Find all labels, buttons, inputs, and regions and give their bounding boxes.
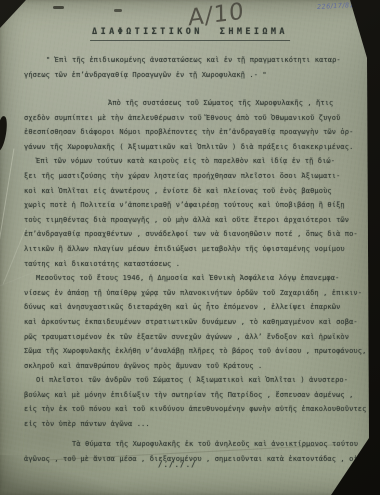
text-line: γάνων τῆς Χωροφυλακῆς ( Ἀξιωματικῶν καὶ …: [24, 140, 366, 155]
text-line: γήσεως τῶν ἐπ’ἀνδραγαθίᾳ Προαγωγῶν ἐν τῇ…: [24, 68, 366, 83]
text-line: Τὰ θύματα τῆς Χωροφυλακῆς ἐκ τοῦ ἀνηλεοῦ…: [24, 437, 366, 452]
paragraph-subject: " Ἐπὶ τῆς ἐπιδιωκομένης ἀναστατώσεως καὶ…: [24, 53, 366, 82]
text-line: βούλως καὶ μὲ μόνην ἐπιδίωξιν τὴν σωτηρί…: [24, 388, 366, 403]
text-line: τοὺς τιμηθέντας διὰ προαγωγῆς , οὐ μὴν ἀ…: [24, 213, 366, 228]
closing-mark: /./././: [158, 460, 197, 469]
paragraph-body: Ἀπὸ τῆς συστάσεως τοῦ Σώματος τῆς Χωροφυ…: [24, 96, 366, 432]
ink-mark: [114, 9, 122, 12]
paper-crease: [0, 149, 14, 243]
text-line: ταύτης καὶ δικαιοτάτης καταστάσεως .: [24, 257, 366, 272]
text-line: καὶ ἀρκούντως ἐκπαιδευμένων στρατιωτικῶν…: [24, 315, 366, 330]
text-line: ἐπ’ἀνδραγαθίᾳ προαχθέντων , συνάδελφοί τ…: [24, 227, 366, 242]
text-line: Ἀπὸ τῆς συστάσεως τοῦ Σώματος τῆς Χωροφυ…: [24, 96, 366, 111]
text-line: ρῶς τραυματισμένον ἐκ τῶν ἑξαετῶν συνεχῶ…: [24, 330, 366, 345]
text-line: σκληροῦ καὶ ἀπανθρώπου ἀγῶνος πρὸς ἄμυνα…: [24, 359, 366, 374]
document-title: ΔΙΑΦΩΤΙΣΤΙΚΟΝ ΣΗΜΕΙΩΜΑ: [90, 27, 290, 41]
paper-crease: [3, 228, 26, 284]
text-line: Μεσοῦντος τοῦ ἔτους 1946, ἡ Δημοσία καὶ …: [24, 271, 366, 286]
text-line: σχεδὸν συμπίπτει μὲ τὴν ἀπελευθέρωσιν το…: [24, 111, 366, 126]
scanned-document: Α/10 226/17/81 ΔΙΑΦΩΤΙΣΤΙΚΟΝ ΣΗΜΕΙΩΜΑ " …: [0, 0, 380, 495]
ink-mark: [53, 6, 64, 9]
text-line: νίσεως ἐν ἁπάσῃ τῇ ὑπαίθρῳ χώρᾳ τῶν πλαν…: [24, 286, 366, 301]
text-line: ξει τῆς μαστιζούσης τὴν χώραν ληστείας π…: [24, 169, 366, 184]
text-line: ἐθεσπίσθησαν διάφοροι Νόμοι προβλέποντες…: [24, 125, 366, 140]
text-line: χωρὶς ποτὲ ἡ Πολιτεία ν’ἀποπειραθῇ ν’ἀφα…: [24, 198, 366, 213]
text-line: " Ἐπὶ τῆς ἐπιδιωκομένης ἀναστατώσεως καὶ…: [24, 53, 366, 68]
text-line: Σῶμα τῆς Χωροφυλακῆς ἐκλήθη ν’ἀναλάβῃ πλ…: [24, 344, 366, 359]
text-line: δύνως καὶ ἀνησυχαστικῶς διεταράχθη καὶ ὡ…: [24, 300, 366, 315]
text-line: κοὶ καὶ Ὁπλῖται εἰς ἀνωτέρους , ἐνίοτε δ…: [24, 184, 366, 199]
text-line: Οἱ πλεῖστοι τῶν ἀνδρῶν τοῦ Σώματος ( Ἀξι…: [24, 373, 366, 388]
archive-number: 226/17/81: [317, 1, 354, 11]
paper-sheet: Α/10 226/17/81 ΔΙΑΦΩΤΙΣΤΙΚΟΝ ΣΗΜΕΙΩΜΑ " …: [0, 0, 380, 495]
text-line: εἰς τὴν ἐκ τοῦ πόνου καὶ τοῦ κινδύνου ἀπ…: [24, 402, 366, 417]
text-line: Ἐπὶ τῶν νόμων τούτων κατὰ καιροὺς εἰς τὸ…: [24, 154, 366, 169]
text-line: λιτικῶν ἢ ἄλλων πλαγίων μέσων ἐπιδιώξωσι…: [24, 242, 366, 257]
text-line: εἰς τὸν ὑπὲρ πάντων ἀγῶνα ...: [24, 417, 366, 432]
ink-stain: [0, 116, 9, 152]
